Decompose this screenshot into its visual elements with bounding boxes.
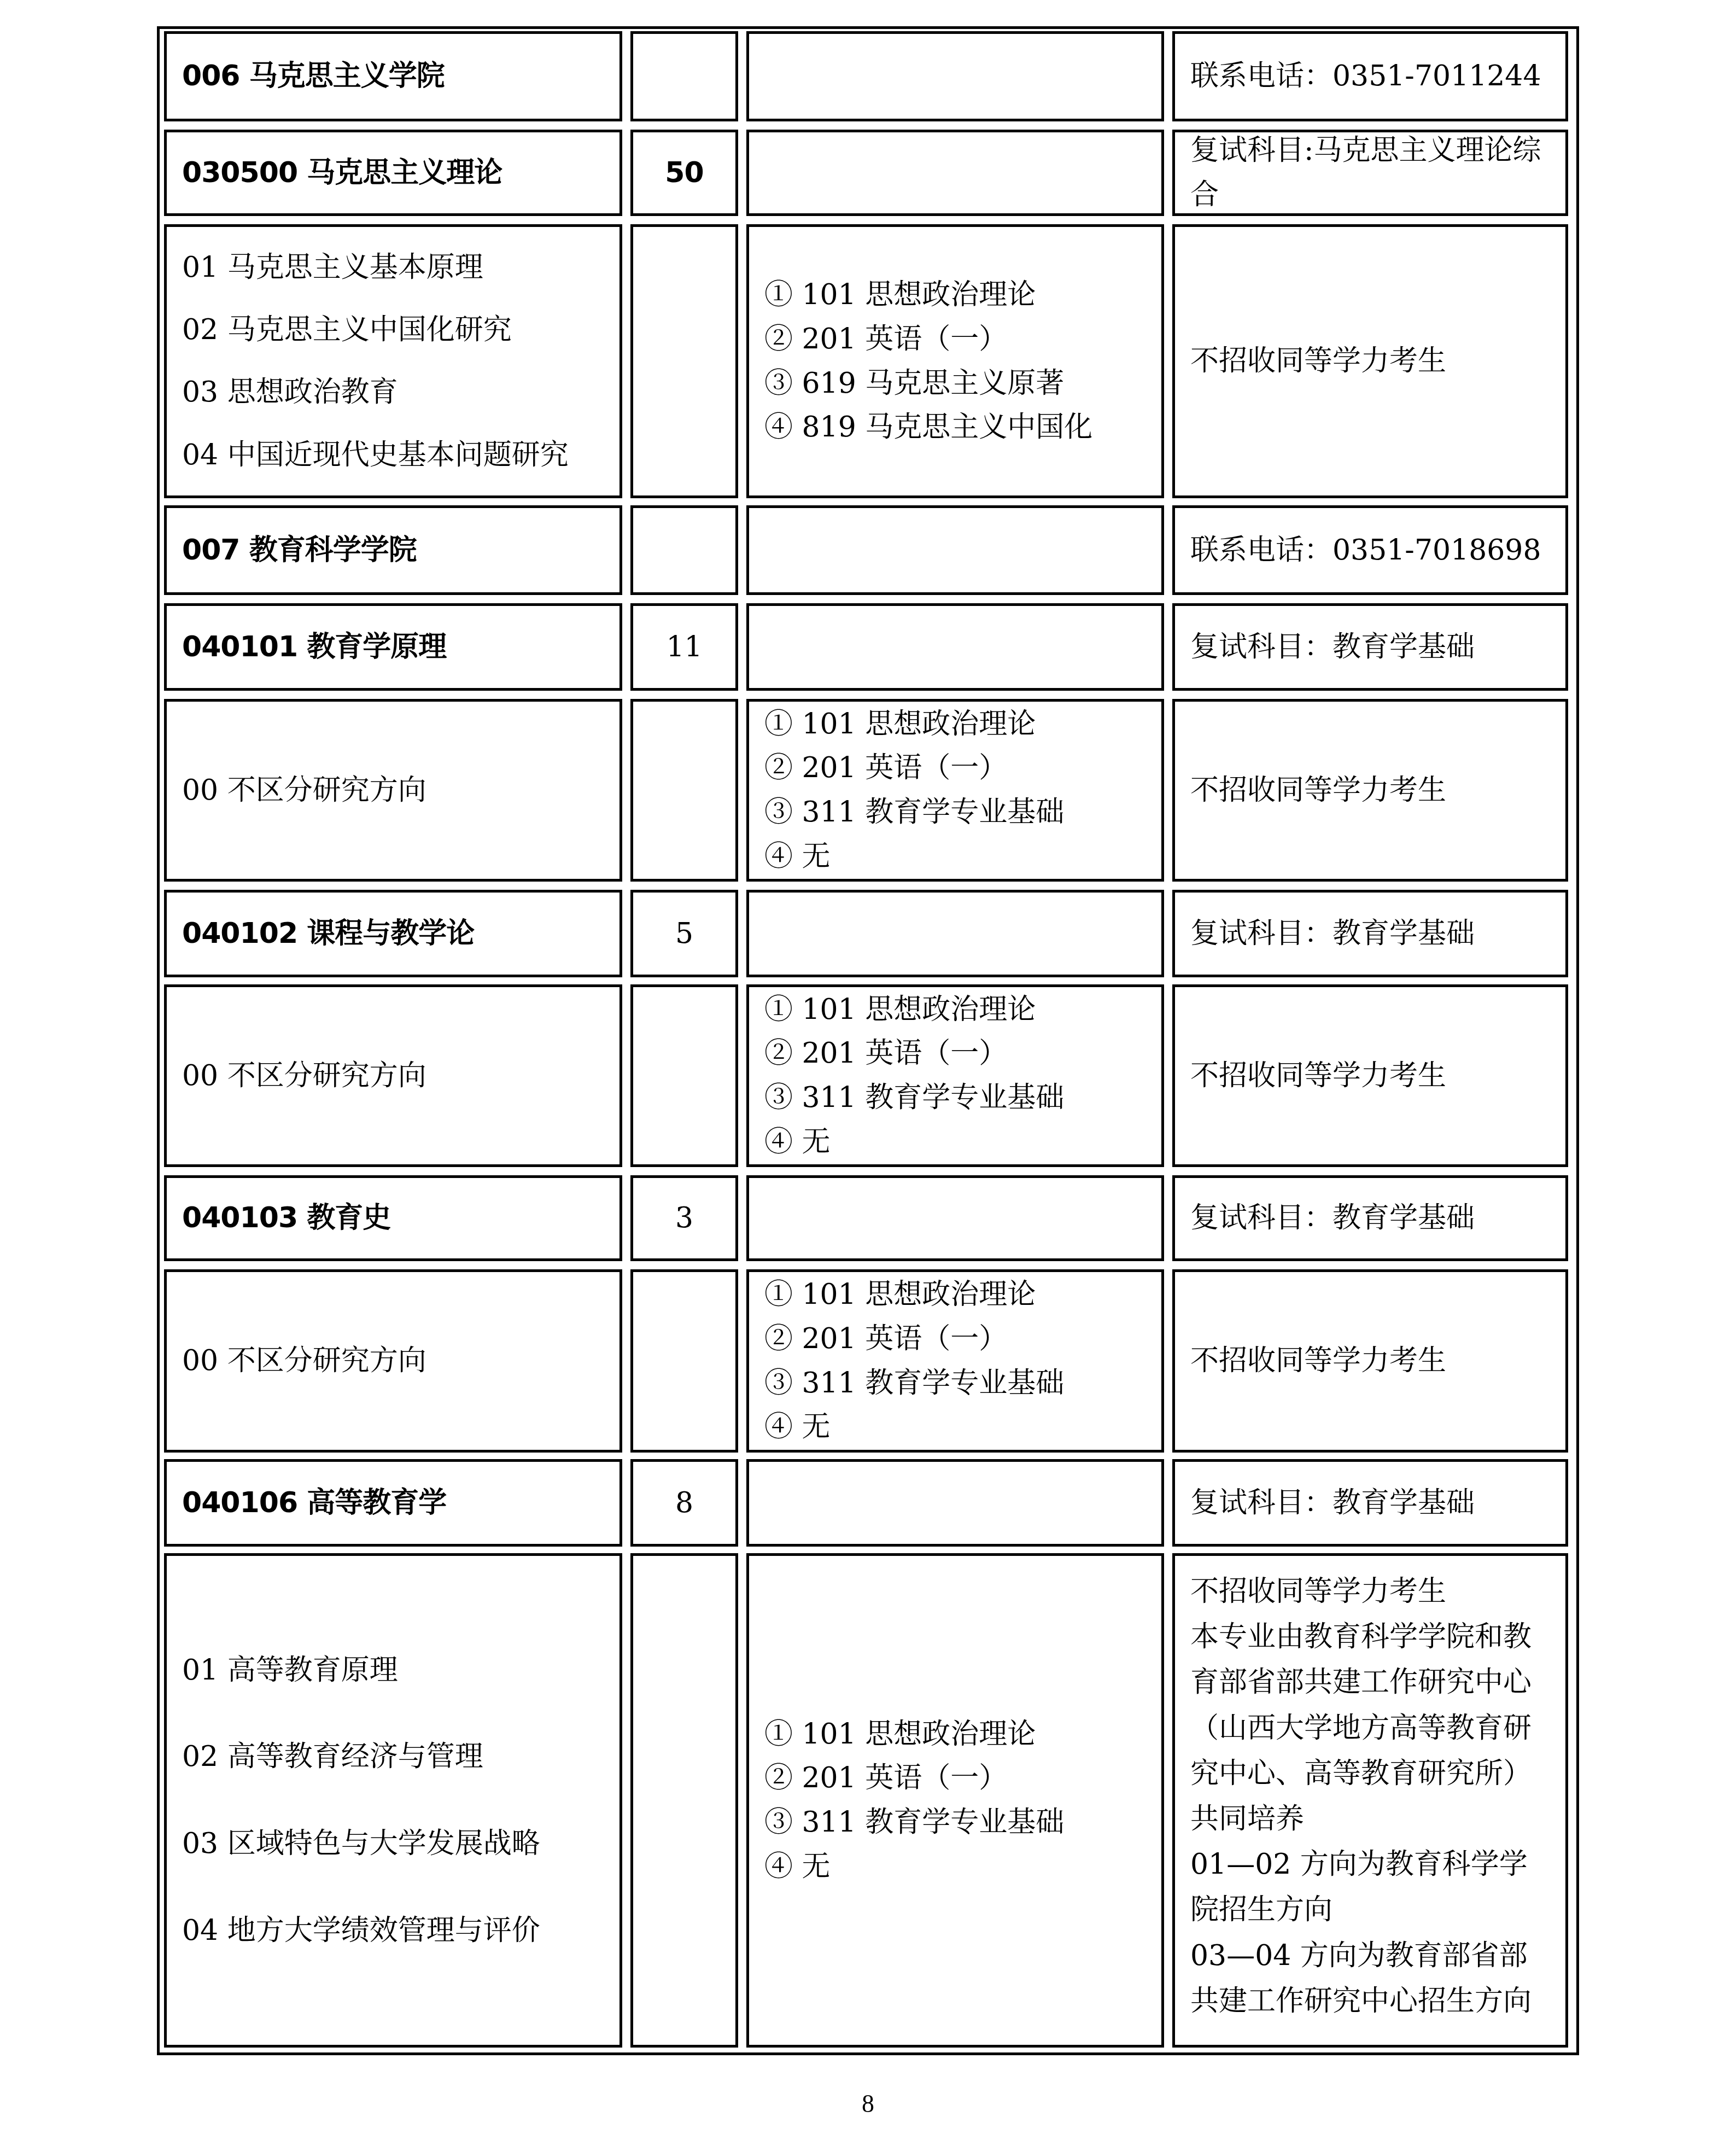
exam-subject: ③ 311 教育学专业基础 xyxy=(764,1361,1146,1406)
notes-cell: 联系电话：0351-7018698 xyxy=(1172,505,1568,595)
major-name: 040106 高等教育学 xyxy=(182,1481,604,1525)
research-direction: 04 中国近现代史基本问题研究 xyxy=(182,433,604,477)
enrollment-quota: 11 xyxy=(666,625,702,669)
notes-cell: 复试科目：教育学基础 xyxy=(1172,1175,1568,1261)
exam-subjects-cell xyxy=(746,603,1164,691)
exam-subjects-cell xyxy=(746,1459,1164,1547)
note-text: 01—02 方向为教育科学学院招生方向 xyxy=(1190,1842,1550,1933)
exam-subject: ③ 311 教育学专业基础 xyxy=(764,790,1146,835)
research-direction: 01 马克思主义基本原理 xyxy=(182,246,604,290)
exam-subjects-cell xyxy=(746,130,1164,216)
enrollment-quota: 50 xyxy=(665,151,703,195)
quota-cell: 11 xyxy=(630,603,738,691)
quota-cell xyxy=(630,984,738,1167)
note-text: 不招收同等学力考生 xyxy=(1190,339,1550,383)
note-text: 复试科目：教育学基础 xyxy=(1190,912,1550,956)
major-name: 040103 教育史 xyxy=(182,1196,604,1240)
note-text: 复试科目:马克思主义理论综合 xyxy=(1190,129,1550,217)
exam-subject: ③ 311 教育学专业基础 xyxy=(764,1800,1146,1845)
exam-subjects-cell: ① 101 思想政治理论② 201 英语（一）③ 311 教育学专业基础④ 无 xyxy=(746,699,1164,882)
note-text: 复试科目：教育学基础 xyxy=(1190,625,1550,669)
notes-cell: 复试科目：教育学基础 xyxy=(1172,890,1568,977)
exam-subject: ④ 无 xyxy=(764,1405,1146,1449)
research-direction: 00 不区分研究方向 xyxy=(182,768,604,813)
exam-subject: ④ 819 马克思主义中国化 xyxy=(764,405,1146,450)
notes-cell: 复试科目：教育学基础 xyxy=(1172,1459,1568,1547)
exam-subjects-cell xyxy=(746,890,1164,977)
notes-cell: 复试科目：教育学基础 xyxy=(1172,603,1568,691)
exam-subject: ② 201 英语（一） xyxy=(764,746,1146,790)
exam-subject: ① 101 思想政治理论 xyxy=(764,702,1146,747)
notes-cell: 不招收同等学力考生 xyxy=(1172,984,1568,1167)
note-text: 复试科目：教育学基础 xyxy=(1190,1196,1550,1240)
major-name: 030500 马克思主义理论 xyxy=(182,151,604,195)
note-text: 联系电话：0351-7018698 xyxy=(1190,528,1550,573)
research-direction: 04 地方大学绩效管理与评价 xyxy=(182,1909,604,1953)
exam-subjects-cell: ① 101 思想政治理论② 201 英语（一）③ 619 马克思主义原著④ 81… xyxy=(746,224,1164,498)
notes-cell: 不招收同等学力考生本专业由教育科学学院和教育部省部共建工作研究中心（山西大学地方… xyxy=(1172,1553,1568,2048)
major-name-cell: 030500 马克思主义理论 xyxy=(164,130,622,216)
note-text: 不招收同等学力考生 xyxy=(1190,1339,1550,1383)
quota-cell xyxy=(630,31,738,121)
exam-subjects-cell: ① 101 思想政治理论② 201 英语（一）③ 311 教育学专业基础④ 无 xyxy=(746,1269,1164,1453)
directions-cell: 00 不区分研究方向 xyxy=(164,699,622,882)
college-name-cell: 006 马克思主义学院 xyxy=(164,31,622,121)
exam-subjects-cell xyxy=(746,31,1164,121)
major-name: 040102 课程与教学论 xyxy=(182,912,604,956)
exam-subject: ② 201 英语（一） xyxy=(764,1317,1146,1361)
note-text: 03—04 方向为教育部省部共建工作研究中心招生方向 xyxy=(1190,1933,1550,2024)
notes-cell: 不招收同等学力考生 xyxy=(1172,224,1568,498)
college-name: 006 马克思主义学院 xyxy=(182,54,604,98)
enrollment-quota: 8 xyxy=(675,1481,693,1525)
major-name: 040101 教育学原理 xyxy=(182,625,604,669)
note-text: 不招收同等学力考生 xyxy=(1190,1569,1550,1614)
exam-subject: ① 101 思想政治理论 xyxy=(764,1273,1146,1317)
quota-cell xyxy=(630,1269,738,1453)
research-direction: 00 不区分研究方向 xyxy=(182,1339,604,1383)
college-name-cell: 007 教育科学学院 xyxy=(164,505,622,595)
research-direction: 02 高等教育经济与管理 xyxy=(182,1735,604,1779)
quota-cell: 50 xyxy=(630,130,738,216)
quota-cell: 3 xyxy=(630,1175,738,1261)
exam-subjects-cell: ① 101 思想政治理论② 201 英语（一）③ 311 教育学专业基础④ 无 xyxy=(746,984,1164,1167)
notes-cell: 联系电话：0351-7011244 xyxy=(1172,31,1568,121)
quota-cell: 8 xyxy=(630,1459,738,1547)
quota-cell: 5 xyxy=(630,890,738,977)
quota-cell xyxy=(630,699,738,882)
directions-cell: 00 不区分研究方向 xyxy=(164,984,622,1167)
page-number: 8 xyxy=(0,2089,1736,2118)
research-direction: 00 不区分研究方向 xyxy=(182,1054,604,1098)
note-text: 复试科目：教育学基础 xyxy=(1190,1481,1550,1525)
exam-subjects-cell xyxy=(746,1175,1164,1261)
note-text: 本专业由教育科学学院和教育部省部共建工作研究中心（山西大学地方高等教育研究中心、… xyxy=(1190,1614,1550,1842)
exam-subject: ④ 无 xyxy=(764,1845,1146,1889)
exam-subject: ④ 无 xyxy=(764,835,1146,879)
enrollment-quota: 3 xyxy=(675,1196,693,1240)
research-direction: 03 区域特色与大学发展战略 xyxy=(182,1822,604,1866)
notes-cell: 复试科目:马克思主义理论综合 xyxy=(1172,130,1568,216)
directions-cell: 01 马克思主义基本原理02 马克思主义中国化研究03 思想政治教育04 中国近… xyxy=(164,224,622,498)
notes-cell: 不招收同等学力考生 xyxy=(1172,1269,1568,1453)
exam-subject: ③ 311 教育学专业基础 xyxy=(764,1076,1146,1120)
note-text: 联系电话：0351-7011244 xyxy=(1190,54,1550,98)
exam-subject: ① 101 思想政治理论 xyxy=(764,1712,1146,1757)
exam-subject: ④ 无 xyxy=(764,1120,1146,1164)
quota-cell xyxy=(630,1553,738,2048)
college-name: 007 教育科学学院 xyxy=(182,528,604,573)
note-text: 不招收同等学力考生 xyxy=(1190,768,1550,813)
notes-cell: 不招收同等学力考生 xyxy=(1172,699,1568,882)
exam-subjects-cell xyxy=(746,505,1164,595)
exam-subject: ③ 619 马克思主义原著 xyxy=(764,361,1146,406)
major-name-cell: 040101 教育学原理 xyxy=(164,603,622,691)
major-name-cell: 040102 课程与教学论 xyxy=(164,890,622,977)
major-name-cell: 040106 高等教育学 xyxy=(164,1459,622,1547)
exam-subject: ① 101 思想政治理论 xyxy=(764,273,1146,317)
quota-cell xyxy=(630,224,738,498)
exam-subject: ② 201 英语（一） xyxy=(764,1756,1146,1800)
research-direction: 01 高等教育原理 xyxy=(182,1648,604,1693)
directions-cell: 00 不区分研究方向 xyxy=(164,1269,622,1453)
enrollment-quota: 5 xyxy=(675,912,693,956)
directions-cell: 01 高等教育原理02 高等教育经济与管理03 区域特色与大学发展战略04 地方… xyxy=(164,1553,622,2048)
exam-subject: ① 101 思想政治理论 xyxy=(764,988,1146,1032)
exam-subject: ② 201 英语（一） xyxy=(764,317,1146,361)
major-name-cell: 040103 教育史 xyxy=(164,1175,622,1261)
quota-cell xyxy=(630,505,738,595)
exam-subject: ② 201 英语（一） xyxy=(764,1031,1146,1076)
research-direction: 03 思想政治教育 xyxy=(182,370,604,415)
research-direction: 02 马克思主义中国化研究 xyxy=(182,308,604,352)
note-text: 不招收同等学力考生 xyxy=(1190,1054,1550,1098)
exam-subjects-cell: ① 101 思想政治理论② 201 英语（一）③ 311 教育学专业基础④ 无 xyxy=(746,1553,1164,2048)
